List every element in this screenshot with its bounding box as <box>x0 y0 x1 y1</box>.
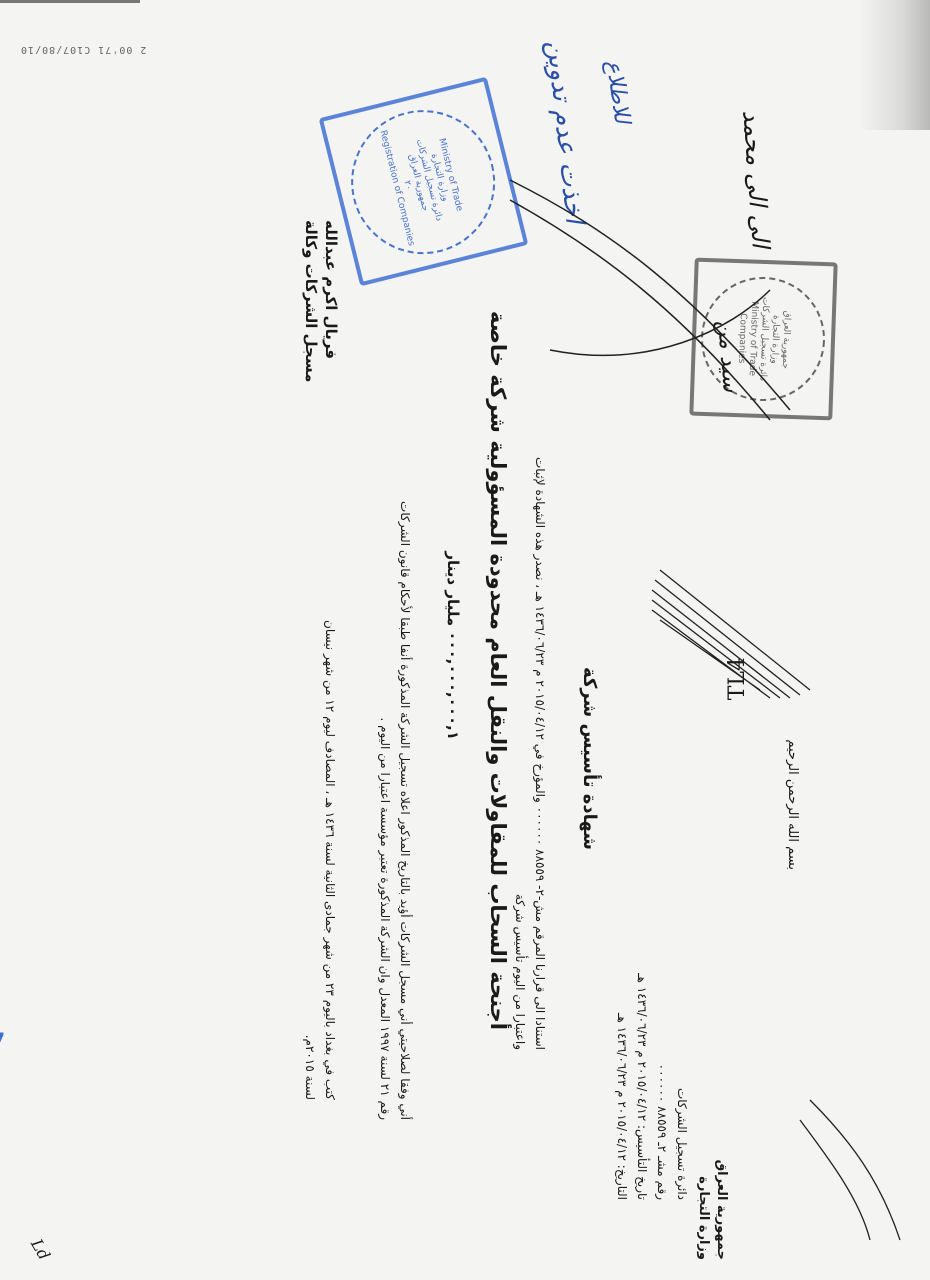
paragraph-decision: استنادا الى قرارنا المرقم مش-٢- ٨٨٥٥٩ ٠٠… <box>510 457 550 1050</box>
corner-initials: Ld <box>27 1236 54 1264</box>
paragraph-line: أني وفقا لصلاحيتي أني مسجل الشركات أؤيد … <box>395 501 415 1120</box>
registry-block: دائرة تسجيل الشركات رقم مشـ ٢ـ ٨٨٥٥٩ ٠٠٠… <box>612 973 692 1200</box>
certificate-page: جمهورية العراق وزارة التجارة دائرة تسجيل… <box>0 0 930 1280</box>
republic-label: جمهورية العراق <box>712 1160 730 1260</box>
handwritten-note-blue: للاطلاع <box>601 59 635 125</box>
ministry-label: وزارة التجارة <box>694 1160 712 1260</box>
signature-scribble-icon <box>490 170 810 430</box>
signatory-name: فريال اكرم عبدالله <box>322 220 340 359</box>
document-date: التاريخ: ٢٠١٥/٠٤/١٢ م ١٤٣٦/٠٦/٢٣ هـ <box>612 973 632 1200</box>
header-block: جمهورية العراق وزارة التجارة <box>694 1160 730 1260</box>
paragraph-issued: كتب في بغداد باليوم ٢٣ من شهر جمادى الثا… <box>300 620 340 1100</box>
registry-department: دائرة تسجيل الشركات <box>672 973 692 1200</box>
capital-amount: ٠٠٠,٠٠٠,٠٠٠,١ مليار دينار <box>444 551 462 740</box>
paragraph-line: واعتبارا من اليوم تأسيس شركة <box>510 457 530 1050</box>
corner-signature-icon <box>790 1090 910 1250</box>
signature-flourish-icon <box>650 560 820 700</box>
founding-date: تاريخ التأسيس: ٢٠١٥/٠٤/١٢ م ١٤٣٦/٠٦/٢٣ ه… <box>632 973 652 1200</box>
stamp-seal-icon: Ministry of Trade وزارة التجارة دائرة تس… <box>336 94 511 269</box>
paragraph-line: رقم ٢١ لسنة ١٩٩٧ المعدل وان الشركة المذك… <box>375 501 395 1120</box>
paragraph-line: لسنة ٢٠١٥م. <box>300 620 320 1100</box>
signatory-title: مسجل الشركات وكالة <box>302 220 320 382</box>
registry-number: رقم مشـ ٢ـ ٨٨٥٥٩ ٠٠٠٠٠٠ <box>652 973 672 1200</box>
paragraph-prefix: أني وفقا لصلاحيتي <box>398 1029 412 1120</box>
paragraph-registration: أني وفقا لصلاحيتي أني مسجل الشركات أؤيد … <box>375 501 415 1120</box>
basmala: بسم الله الرحمن الرحيم <box>785 739 800 870</box>
page-title: شهادة تأسيس شركة <box>579 667 600 850</box>
paragraph-line: كتب في بغداد باليوم ٢٣ من شهر جمادى الثا… <box>320 620 340 1100</box>
paragraph-line: استنادا الى قرارنا المرقم مش-٢- ٨٨٥٥٩ ٠٠… <box>530 457 550 1050</box>
margin-page-number: 7 <box>0 1030 5 1055</box>
